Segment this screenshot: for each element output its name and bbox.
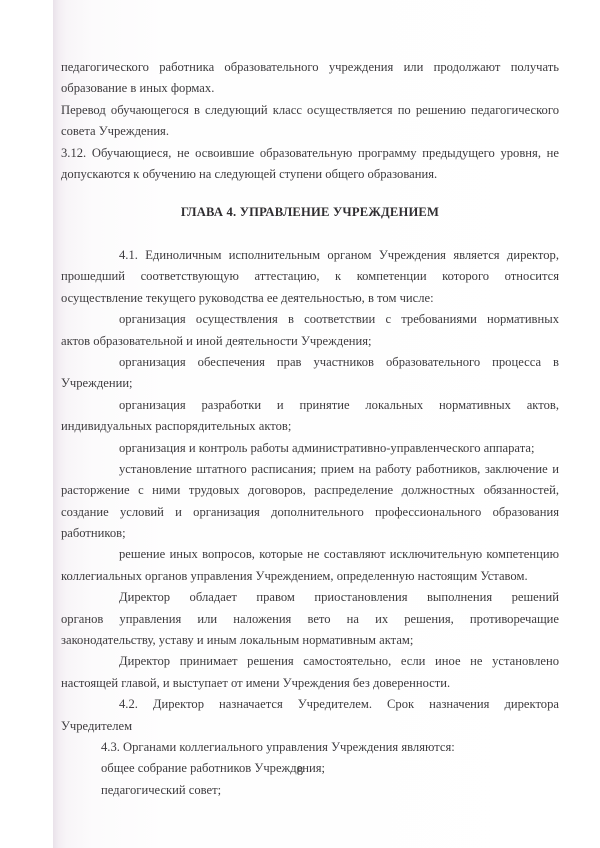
text-line: Директор обладает правом приостановления… (61, 587, 559, 608)
paragraph-block-top: педагогического работника образовательно… (61, 57, 559, 185)
text-line: Учреждении; (61, 373, 559, 394)
text-line: Перевод обучающегося в следующий класс о… (61, 100, 559, 121)
page-number: 8 (0, 763, 600, 779)
text-line: Директор принимает решения самостоятельн… (61, 651, 559, 672)
text-line: образование в иных формах. (61, 78, 559, 99)
text-line: организация и контроль работы администра… (61, 438, 559, 459)
text-line: индивидуальных распорядительных актов; (61, 416, 559, 437)
text-line: создание условий и организация дополните… (61, 502, 559, 523)
text-line: 3.12. Обучающиеся, не освоившие образова… (61, 143, 559, 164)
text-line: 4.2. Директор назначается Учредителем. С… (61, 694, 559, 715)
text-line: настоящей главой, и выступает от имени У… (61, 673, 559, 694)
text-line: педагогического работника образовательно… (61, 57, 559, 78)
text-line: организация осуществления в соответствии… (61, 309, 559, 330)
text-line: решение иных вопросов, которые не состав… (61, 544, 559, 565)
text-line: осуществление текущего руководства ее де… (61, 288, 559, 309)
text-line: органов управления или наложения вето на… (61, 609, 559, 630)
text-line: организация обеспечения прав участников … (61, 352, 559, 373)
text-line: установление штатного расписания; прием … (61, 459, 559, 480)
text-line: актов образовательной и иной деятельност… (61, 331, 559, 352)
text-line: 4.1. Единоличным исполнительным органом … (61, 245, 559, 266)
text-line: допускаются к обучению на следующей ступ… (61, 164, 559, 185)
text-line: совета Учреждения. (61, 121, 559, 142)
paragraph-block-chapter-4: 4.1. Единоличным исполнительным органом … (61, 245, 559, 801)
text-line: организация разработки и принятие локаль… (61, 395, 559, 416)
text-line: 4.3. Органами коллегиального управления … (61, 737, 559, 758)
text-line: прошедший соответствующую аттестацию, к … (61, 266, 559, 287)
text-line: расторжение с ними трудовых договоров, р… (61, 480, 559, 501)
text-line: законодательству, уставу и иным локальны… (61, 630, 559, 651)
text-line: коллегиальных органов управления Учрежде… (61, 566, 559, 587)
text-line: работников; (61, 523, 559, 544)
text-line: педагогический совет; (61, 780, 559, 801)
text-line: Учредителем (61, 716, 559, 737)
chapter-heading: ГЛАВА 4. УПРАВЛЕНИЕ УЧРЕЖДЕНИЕМ (61, 205, 559, 220)
